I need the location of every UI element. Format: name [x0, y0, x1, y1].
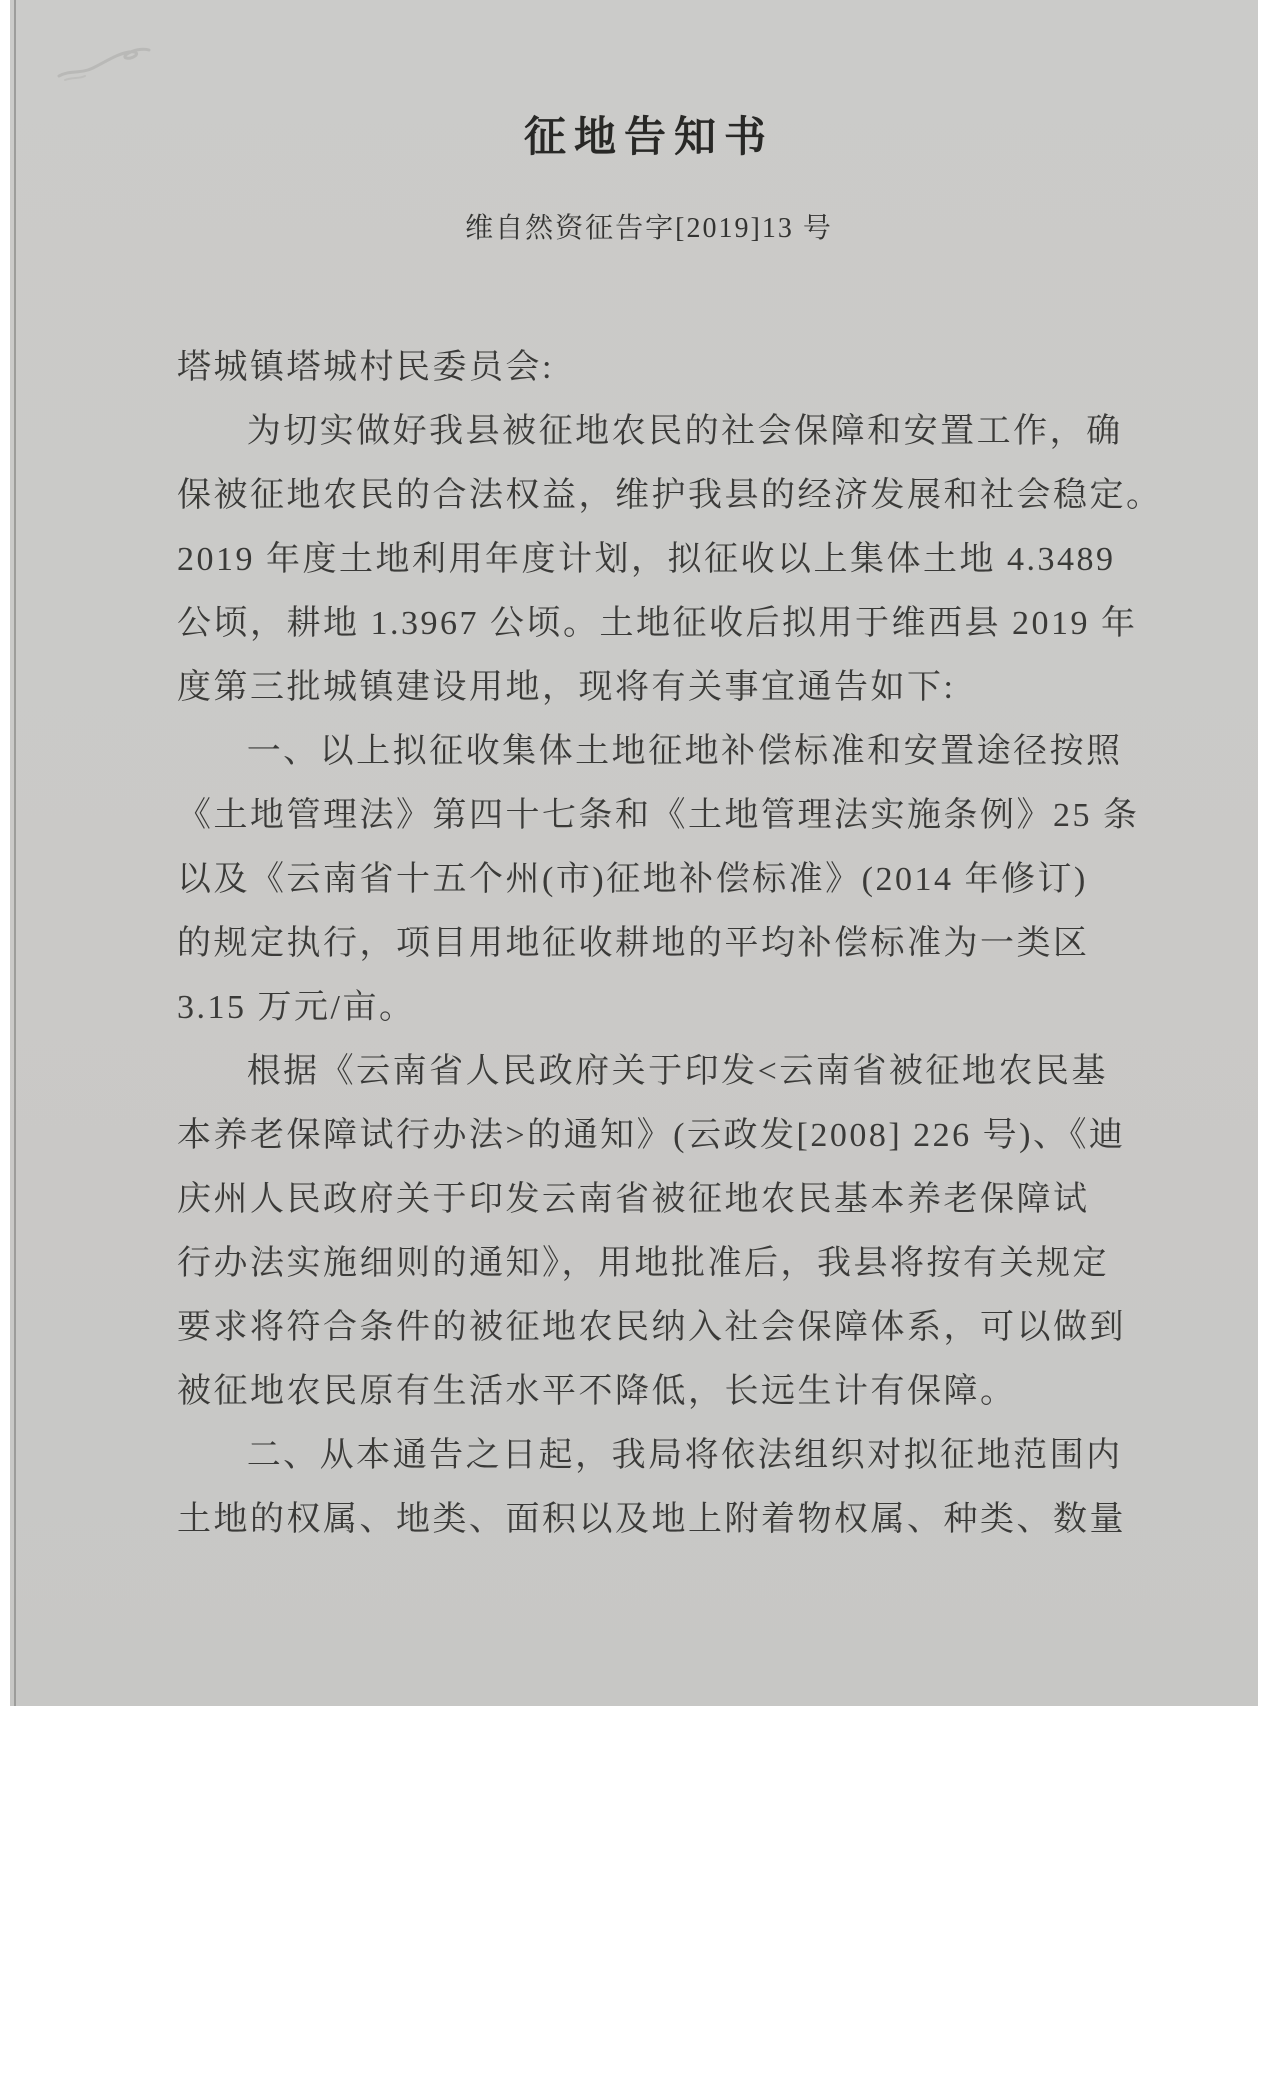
- scanned-page: 征地告知书 维自然资征告字[2019]13 号 塔城镇塔城村民委员会: 为切实做…: [10, 0, 1258, 1706]
- document-line: 2019 年度土地利用年度计划，拟征收以上集体土地 4.3489: [177, 528, 1121, 592]
- document-line: 以及《云南省十五个州(市)征地补偿标准》(2014 年修订): [177, 848, 1121, 912]
- document-line: 庆州人民政府关于印发云南省被征地农民基本养老保障试: [177, 1168, 1121, 1232]
- document-number: 维自然资征告字[2019]13 号: [177, 206, 1121, 246]
- document-line: 的规定执行，项目用地征收耕地的平均补偿标准为一类区: [177, 912, 1121, 976]
- document-body: 塔城镇塔城村民委员会: 为切实做好我县被征地农民的社会保障和安置工作，确 保被征…: [177, 336, 1121, 1552]
- document-line: 3.15 万元/亩。: [177, 976, 1121, 1040]
- document-line: 要求将符合条件的被征地农民纳入社会保障体系，可以做到: [177, 1296, 1121, 1360]
- document-line: 二、从本通告之日起，我局将依法组织对拟征地范围内: [177, 1424, 1121, 1488]
- document-line: 保被征地农民的合法权益，维护我县的经济发展和社会稳定。: [177, 464, 1121, 528]
- document-line: 土地的权属、地类、面积以及地上附着物权属、种类、数量: [177, 1488, 1121, 1552]
- document-line: 度第三批城镇建设用地，现将有关事宜通告如下:: [177, 656, 1121, 720]
- document-line: 被征地农民原有生活水平不降低，长远生计有保障。: [177, 1360, 1121, 1424]
- document-line: 行办法实施细则的通知》，用地批准后，我县将按有关规定: [177, 1232, 1121, 1296]
- salutation: 塔城镇塔城村民委员会:: [177, 336, 1121, 400]
- document-line: 《土地管理法》第四十七条和《土地管理法实施条例》25 条: [177, 784, 1121, 848]
- document-title: 征地告知书: [177, 104, 1121, 164]
- document-line: 公顷，耕地 1.3967 公顷。土地征收后拟用于维西县 2019 年: [177, 592, 1121, 656]
- document-line: 一、以上拟征收集体土地征地补偿标准和安置途径按照: [177, 720, 1121, 784]
- pencil-smudge: [55, 40, 165, 90]
- page-edge-shadow: [14, 0, 16, 1706]
- scan-canvas: 征地告知书 维自然资征告字[2019]13 号 塔城镇塔城村民委员会: 为切实做…: [0, 0, 1275, 2100]
- document-line: 根据《云南省人民政府关于印发<云南省被征地农民基: [177, 1040, 1121, 1104]
- document-line: 本养老保障试行办法>的通知》(云政发[2008] 226 号)、《迪: [177, 1104, 1121, 1168]
- document-line: 为切实做好我县被征地农民的社会保障和安置工作，确: [177, 400, 1121, 464]
